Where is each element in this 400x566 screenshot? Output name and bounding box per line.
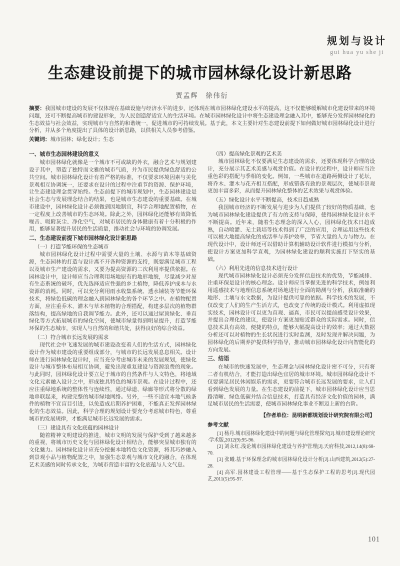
article-title: 生态建设前提下的城市园林绿化设计新思路 xyxy=(0,61,400,83)
section-heading-3: 三、结语 xyxy=(208,356,376,364)
paragraph: 现代社会中飞速发展的城市建设改变着人们的生活方式，园林绿化设计作为城市建设的重要… xyxy=(29,342,197,423)
section-heading-1: 一、城市生态园林建设的意义 xyxy=(29,151,197,159)
paragraph: 我国城市经济的不断发展与进步为人们提供了较好的物质基础，也为城市园林绿化建设提供… xyxy=(208,205,376,264)
right-column: （四）提高绿化景观的艺术美 城市园林绿化不仅要满足生态建设的需求，还要体现科学合… xyxy=(208,150,376,525)
reference-item: [3] 张曦.基于环保理念的城市园林绿化设计分析[J].山西建筑,2012(5)… xyxy=(208,457,376,470)
paragraph: 随着精神文明建设的推进，城市文明的发展与保护受到了越来越多的重视，将城市历史文化… xyxy=(29,432,197,469)
article-authors: 贾孟辉 徐伟衍 xyxy=(29,90,375,100)
section-heading-2: 二、生态建设前提下城市园林绿化设计新思路 xyxy=(29,235,197,243)
abstract: 摘要：我国城市建设的发展不仅体现在基础设施与经济水平的进步，还体现在城市园林绿化… xyxy=(29,106,375,136)
paragraph: 在城市的快速发展中，生态理念与园林绿化设计密不可分，只有将二者有机结合，才能打造… xyxy=(208,364,376,408)
journal-section-pinyin: gui hua yu she ji xyxy=(327,49,387,57)
subsection-heading-5: （五）绿化设计水平不断提高，技术日趋成熟 xyxy=(208,197,376,205)
subsection-heading-3: （三）建设具有文化底蕴的园林设计 xyxy=(29,424,197,432)
abstract-label: 摘要： xyxy=(29,106,45,112)
keywords-label: 关键词： xyxy=(29,137,50,143)
reference-item: [4] 高军.园林建设工程管理——基于生态保护工程的思考[J].现代园艺,201… xyxy=(208,470,376,483)
reference-item: [1] 杨丹.城市园林绿化建设中的问题与绿化管理探究[J].城市建设理论研究·学… xyxy=(208,431,376,444)
left-column: 一、城市生态园林建设的意义 城市园林绿化就像是一个城市不可或缺的外衣，融合艺术与… xyxy=(29,150,197,525)
subsection-heading-1: （一）打造节能环保的生态城市 xyxy=(29,244,197,252)
journal-section-label: 规划与设计 xyxy=(327,33,387,48)
subsection-heading-2: （二）符合城市长远发展的需求 xyxy=(29,334,197,342)
paragraph: 城市园林绿化就像是一个城市不可或缺的外衣，融合艺术与规划建设于其中，塑造了独特而… xyxy=(29,160,197,234)
keywords-text: 城市园林；绿化设计；生态 xyxy=(50,137,114,143)
subsection-heading-4: （四）提高绿化景观的艺术美 xyxy=(208,151,376,159)
keywords: 关键词：城市园林；绿化设计；生态 xyxy=(29,136,375,144)
author-affiliation: 【作者单位：昆明新都规划设计研究院有限公司】 xyxy=(208,412,376,420)
abstract-text: 我国城市建设的发展不仅体现在基础设施与经济水平的进步，还体现在城市园林绿化建设水… xyxy=(29,106,375,134)
reference-item: [2] 刘永红.浅论城市园林绿化建设与养护管理[J].天府科技,2012,14(… xyxy=(208,444,376,457)
two-column-layout: 一、城市生态园林建设的意义 城市园林绿化就像是一个城市不可或缺的外衣，融合艺术与… xyxy=(29,150,375,525)
journal-page: 规划与设计 gui hua yu she ji 生态建设前提下的城市园林绿化设计… xyxy=(0,0,400,566)
references-heading: 参考文献 xyxy=(208,422,376,429)
subsection-heading-6: （六）利用先进的信息技术进行设计 xyxy=(208,265,376,273)
article-body: 贾孟辉 徐伟衍 摘要：我国城市建设的发展不仅体现在基础设施与经济水平的进步，还体… xyxy=(29,90,375,525)
page-number: 101 xyxy=(350,536,380,550)
paragraph: 城市园林绿化不仅要满足生态建设的需求，还要体现科学合理的设计，充分展示其艺术美感… xyxy=(208,159,376,196)
paragraph: 现代城市园林绿化设计必须充分发挥信息技术的优势，节能减排、注重环保是设计的核心理… xyxy=(208,273,376,354)
paragraph: 城市园林绿化设计过程中需要大量的土壤、水源与苗木等基础资源，生态园林的打造与设计… xyxy=(29,252,197,333)
